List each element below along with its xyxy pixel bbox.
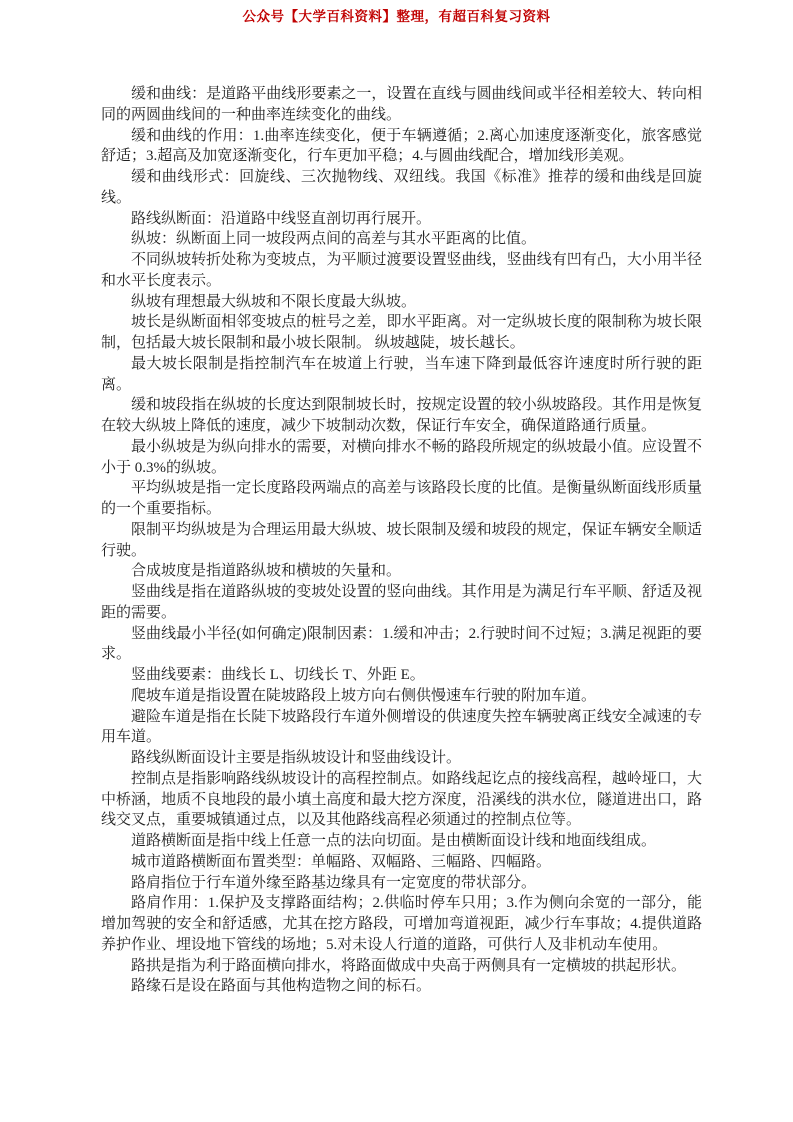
paragraph: 缓和曲线形式：回旋线、三次抛物线、双纽线。我国《标准》推荐的缓和曲线是回旋线。 bbox=[101, 167, 702, 209]
paragraph: 最小纵坡是为纵向排水的需要，对横向排水不畅的路段所规定的纵坡最小值。应设置不小于… bbox=[101, 437, 702, 479]
paragraph: 城市道路横断面布置类型：单幅路、双幅路、三幅路、四幅路。 bbox=[101, 852, 702, 873]
paragraph: 路肩指位于行车道外缘至路基边缘具有一定宽度的带状部分。 bbox=[101, 873, 702, 894]
paragraph: 缓和曲线：是道路平曲线形要素之一，设置在直线与圆曲线间或半径相差较大、转向相同的… bbox=[101, 84, 702, 126]
paragraph: 竖曲线是指在道路纵坡的变坡处设置的竖向曲线。其作用是为满足行车平顺、舒适及视距的… bbox=[101, 582, 702, 624]
paragraph: 不同纵坡转折处称为变坡点，为平顺过渡要设置竖曲线，竖曲线有凹有凸，大小用半径和水… bbox=[101, 250, 702, 292]
paragraph: 路线纵断面设计主要是指纵坡设计和竖曲线设计。 bbox=[101, 748, 702, 769]
header-note: 公众号【大学百科资料】整理，有超百科复习资料 bbox=[0, 8, 793, 26]
paragraph: 坡长是纵断面相邻变坡点的桩号之差，即水平距离。对一定纵坡长度的限制称为坡长限制，… bbox=[101, 312, 702, 354]
paragraph: 竖曲线要素：曲线长 L、切线长 T、外距 E。 bbox=[101, 665, 702, 686]
paragraph: 平均纵坡是指一定长度路段两端点的高差与该路段长度的比值。是衡量纵断面线形质量的一… bbox=[101, 478, 702, 520]
paragraph: 限制平均纵坡是为合理运用最大纵坡、坡长限制及缓和坡段的规定，保证车辆安全顺适行驶… bbox=[101, 520, 702, 562]
paragraph: 道路横断面是指中线上任意一点的法向切面。是由横断面设计线和地面线组成。 bbox=[101, 831, 702, 852]
document-body: 缓和曲线：是道路平曲线形要素之一，设置在直线与圆曲线间或半径相差较大、转向相同的… bbox=[101, 84, 702, 997]
paragraph: 爬坡车道是指设置在陡坡路段上坡方向右侧供慢速车行驶的附加车道。 bbox=[101, 686, 702, 707]
paragraph: 路肩作用：1.保护及支撑路面结构；2.供临时停车只用；3.作为侧向余宽的一部分，… bbox=[101, 893, 702, 955]
paragraph: 缓和曲线的作用：1.曲率连续变化，便于车辆遵循；2.离心加速度逐渐变化，旅客感觉… bbox=[101, 126, 702, 168]
document-page: 公众号【大学百科资料】整理，有超百科复习资料 缓和曲线：是道路平曲线形要素之一，… bbox=[0, 0, 793, 1122]
paragraph: 竖曲线最小半径(如何确定)限制因素：1.缓和冲击；2.行驶时间不过短；3.满足视… bbox=[101, 624, 702, 666]
paragraph: 路拱是指为利于路面横向排水，将路面做成中央高于两侧具有一定横坡的拱起形状。 bbox=[101, 956, 702, 977]
paragraph: 合成坡度是指道路纵坡和横坡的矢量和。 bbox=[101, 561, 702, 582]
paragraph: 路线纵断面：沿道路中线竖直剖切再行展开。 bbox=[101, 209, 702, 230]
paragraph: 控制点是指影响路线纵坡设计的高程控制点。如路线起讫点的接线高程，越岭垭口，大中桥… bbox=[101, 769, 702, 831]
paragraph: 纵坡：纵断面上同一坡段两点间的高差与其水平距离的比值。 bbox=[101, 229, 702, 250]
paragraph: 避险车道是指在长陡下坡路段行车道外侧增设的供速度失控车辆驶离正线安全减速的专用车… bbox=[101, 707, 702, 749]
paragraph: 最大坡长限制是指控制汽车在坡道上行驶，当车速下降到最低容许速度时所行驶的距离。 bbox=[101, 354, 702, 396]
paragraph: 路缘石是设在路面与其他构造物之间的标石。 bbox=[101, 976, 702, 997]
paragraph: 缓和坡段指在纵坡的长度达到限制坡长时，按规定设置的较小纵坡路段。其作用是恢复在较… bbox=[101, 395, 702, 437]
paragraph: 纵坡有理想最大纵坡和不限长度最大纵坡。 bbox=[101, 292, 702, 313]
